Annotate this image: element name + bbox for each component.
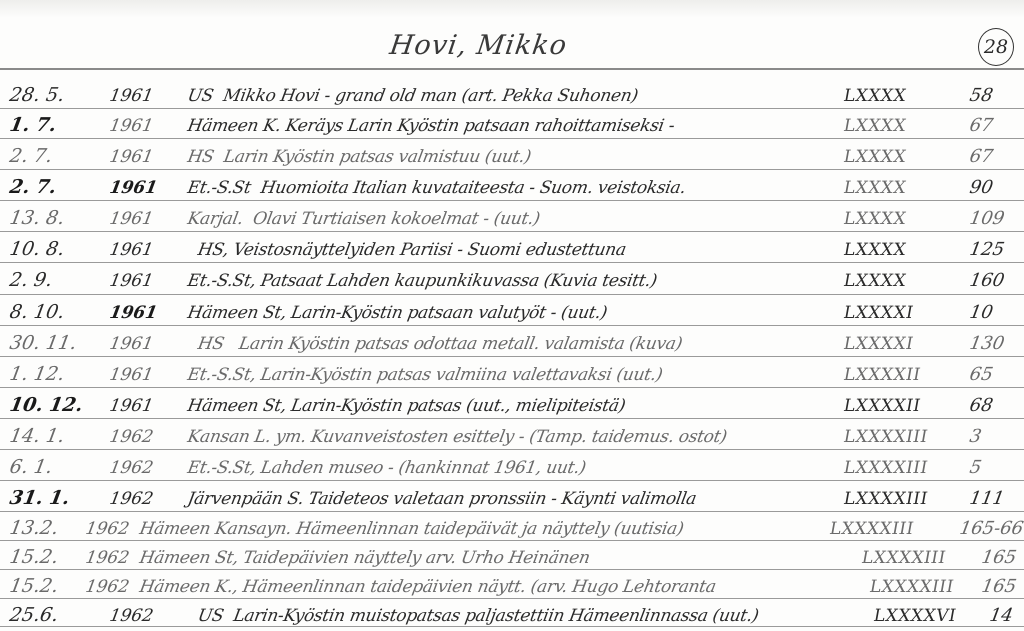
- entry-source: Karjal.: [186, 209, 245, 229]
- entry-description: Larin Kyöstin patsas odottaa metall. val…: [237, 334, 683, 354]
- entry-date: 6. 1.: [8, 456, 54, 478]
- entry-source: Hämeen St,: [186, 303, 288, 323]
- entry-row: 8. 10. 1961 Hämeen St, Larin-Kyöstin pat…: [0, 297, 1024, 325]
- entry-source: Et.-S.St,: [186, 271, 258, 291]
- entry-source: Hämeen K.,: [138, 577, 240, 597]
- entry-source: Kansan L.: [186, 427, 273, 447]
- entry-row: 14. 1. 1962 Kansan L. ym. Kuvanveistoste…: [0, 421, 1024, 449]
- entry-text: Hämeen K. Keräys Larin Kyöstin patsaan r…: [186, 116, 676, 136]
- entry-date: 8. 10.: [8, 301, 66, 323]
- entry-description: Keräys Larin Kyöstin patsaan rahoittamis…: [284, 116, 676, 136]
- entry-row: 31. 1. 1962 Järvenpään S. Taideteos vale…: [0, 483, 1024, 511]
- card-top-edge: [0, 0, 1024, 18]
- entry-year: 1961: [108, 147, 155, 167]
- entry-description: Larin-Kyöstin muistopatsas paljastettiin…: [232, 606, 760, 626]
- ruled-line: [0, 108, 1024, 109]
- entry-page: 10: [968, 302, 995, 323]
- ruled-line: [0, 138, 1024, 139]
- entry-description: Veistosnäyttelyiden Pariisi - Suomi edus…: [232, 240, 628, 260]
- entry-row: 13.2. 1962 Hämeen Kansayn. Hämeenlinnan …: [0, 513, 1024, 541]
- entry-description: Taidepäivien näyttely arv. Urho Heinänen: [242, 548, 592, 568]
- entry-page: 165-66: [958, 518, 1024, 539]
- entry-row: 28. 5. 1961 US Mikko Hovi - grand old ma…: [0, 80, 1024, 108]
- entry-row: 6. 1. 1962 Et.-S.St, Lahden museo - (han…: [0, 452, 1024, 480]
- entry-description: Lahden museo - (hankinnat 1961, uut.): [259, 458, 587, 478]
- entry-description: ym. Kuvanveistosten esittely - (Tamp. ta…: [274, 427, 728, 447]
- entry-page: 65: [968, 364, 995, 385]
- entry-page: 5: [968, 457, 983, 478]
- entry-page: 160: [968, 270, 1006, 291]
- entry-page: 165: [980, 576, 1018, 597]
- entry-row: 25.6. 1962 US Larin-Kyöstin muistopatsas…: [0, 600, 1024, 628]
- entry-description: Hämeenlinnan taidepäivät ja näyttely (uu…: [295, 519, 685, 539]
- entry-volume: LXXXXIII: [842, 489, 929, 509]
- entry-volume: LXXXXIII: [842, 458, 929, 478]
- entry-year: 1962: [108, 489, 155, 509]
- entry-volume: LXXXX: [842, 86, 908, 106]
- entry-date: 13. 8.: [8, 207, 66, 229]
- entry-year: 1961: [108, 86, 155, 106]
- ruled-line: [0, 231, 1024, 232]
- entry-volume: LXXXXVI: [872, 606, 958, 626]
- entry-row: 2. 9. 1961 Et.-S.St, Patsaat Lahden kaup…: [0, 265, 1024, 293]
- entry-row: 1. 7. 1961 Hämeen K. Keräys Larin Kyösti…: [0, 110, 1024, 138]
- ruled-line: [0, 418, 1024, 419]
- entry-page: 67: [968, 115, 995, 136]
- entry-text: Et.-S.St, Larin-Kyöstin patsas valmiina …: [186, 365, 664, 385]
- entry-date: 1. 7.: [8, 114, 58, 136]
- entry-text: Et.-S.St, Patsaat Lahden kaupunkikuvassa…: [186, 271, 659, 291]
- entry-page: 111: [968, 488, 1006, 509]
- entry-row: 10. 12. 1961 Hämeen St, Larin-Kyöstin pa…: [0, 390, 1024, 418]
- entry-page: 68: [968, 395, 995, 416]
- entry-page: 125: [968, 239, 1006, 260]
- entry-year: 1962: [84, 577, 131, 597]
- entry-date: 28. 5.: [8, 84, 66, 106]
- entry-year: 1961: [108, 334, 155, 354]
- entry-text: Et.-S.St, Lahden museo - (hankinnat 1961…: [186, 458, 587, 478]
- entry-volume: LXXXXIII: [828, 519, 915, 539]
- entry-text: Hämeen St, Taidepäivien näyttely arv. Ur…: [138, 548, 591, 568]
- entry-text: Hämeen K., Hämeenlinnan taidepäivien näy…: [138, 577, 717, 597]
- ruled-line: [0, 480, 1024, 481]
- entry-page: 14: [988, 605, 1015, 626]
- entry-date: 14. 1.: [8, 425, 66, 447]
- entry-page: 67: [968, 146, 995, 167]
- entry-source: Hämeen St,: [186, 396, 288, 416]
- entry-source: Hämeen Kansayn.: [138, 519, 293, 539]
- entry-volume: LXXXX: [842, 116, 908, 136]
- entry-date: 2. 9.: [8, 269, 54, 291]
- entry-year: 1961: [108, 271, 155, 291]
- entry-text: HS Larin Kyöstin patsas odottaa metall. …: [186, 334, 684, 354]
- entry-source: US: [186, 86, 215, 106]
- entry-row: 2. 7. 1961 Et.-S.St Huomioita Italian ku…: [0, 172, 1024, 200]
- entry-text: HS, Veistosnäyttelyiden Pariisi - Suomi …: [186, 240, 628, 260]
- entry-source: HS,: [196, 240, 230, 260]
- entry-volume: LXXXX: [842, 178, 908, 198]
- entry-description: Larin-Kyöstin patsas (uut., mielipiteist…: [290, 396, 627, 416]
- entry-date: 15.2.: [8, 546, 60, 568]
- entry-year: 1961: [108, 209, 155, 229]
- entry-source: Järvenpään S.: [186, 489, 305, 509]
- entry-text: US Larin-Kyöstin muistopatsas paljastett…: [186, 606, 760, 626]
- entry-date: 1. 12.: [8, 363, 66, 385]
- entry-date: 10. 8.: [8, 238, 66, 260]
- entry-text: Karjal. Olavi Turtiaisen kokoelmat - (uu…: [186, 209, 541, 229]
- entry-source: Et.-S.St: [186, 178, 252, 198]
- entry-text: Järvenpään S. Taideteos valetaan pronssi…: [186, 489, 698, 509]
- entry-page: 3: [968, 426, 983, 447]
- entry-volume: LXXXXI: [842, 334, 915, 354]
- entry-page: 58: [968, 85, 995, 106]
- entry-text: Hämeen St, Larin-Kyöstin patsas (uut., m…: [186, 396, 627, 416]
- entry-date: 2. 7.: [8, 145, 54, 167]
- entry-year: 1961: [108, 178, 159, 198]
- entry-row: 1. 12. 1961 Et.-S.St, Larin-Kyöstin pats…: [0, 359, 1024, 387]
- entry-page: 109: [968, 208, 1006, 229]
- entry-source: Hämeen K.: [186, 116, 282, 136]
- entry-description: Olavi Turtiaisen kokoelmat - (uut.): [251, 209, 541, 229]
- entry-text: HS Larin Kyöstin patsas valmistuu (uut.): [186, 147, 532, 167]
- ruled-line: [0, 325, 1024, 326]
- entry-description: Larin-Kyöstin patsaan valutyöt - (uut.): [290, 303, 609, 323]
- entry-year: 1961: [108, 365, 155, 385]
- entry-date: 2. 7.: [8, 176, 58, 198]
- entry-page: 165: [980, 547, 1018, 568]
- entry-text: Et.-S.St Huomioita Italian kuvataiteesta…: [186, 178, 687, 198]
- entry-year: 1961: [108, 396, 155, 416]
- index-card: Hovi, Mikko 28 28. 5. 1961 US Mikko Hovi…: [0, 0, 1024, 631]
- entry-year: 1962: [84, 519, 131, 539]
- entry-row: 30. 11. 1961 HS Larin Kyöstin patsas odo…: [0, 328, 1024, 356]
- entry-date: 30. 11.: [8, 332, 78, 354]
- entry-description: Larin Kyöstin patsas valmistuu (uut.): [222, 147, 532, 167]
- entry-row: 10. 8. 1961 HS, Veistosnäyttelyiden Pari…: [0, 234, 1024, 262]
- entry-page: 90: [968, 177, 995, 198]
- ruled-line: [0, 262, 1024, 263]
- entry-date: 15.2.: [8, 575, 60, 597]
- entry-date: 25.6.: [8, 604, 60, 626]
- entry-volume: LXXXXIII: [860, 548, 947, 568]
- entry-description: Taideteos valetaan pronssiin - Käynti va…: [307, 489, 698, 509]
- entry-date: 13.2.: [8, 517, 60, 539]
- entry-text: Hämeen Kansayn. Hämeenlinnan taidepäivät…: [138, 519, 685, 539]
- entry-date: 10. 12.: [8, 394, 85, 416]
- entry-source: Et.-S.St,: [186, 365, 258, 385]
- entry-text: Hämeen St, Larin-Kyöstin patsaan valutyö…: [186, 303, 609, 323]
- entry-volume: LXXXX: [842, 240, 908, 260]
- entry-source: HS: [196, 334, 225, 354]
- entry-year: 1961: [108, 116, 155, 136]
- entry-volume: LXXXXIII: [842, 427, 929, 447]
- entry-row: 15.2. 1962 Hämeen K., Hämeenlinnan taide…: [0, 571, 1024, 599]
- ruled-line: [0, 294, 1024, 295]
- entry-year: 1962: [108, 427, 155, 447]
- entry-source: Et.-S.St,: [186, 458, 258, 478]
- ruled-line: [0, 169, 1024, 170]
- entry-date: 31. 1.: [8, 487, 71, 509]
- entry-description: Patsaat Lahden kaupunkikuvassa (Kuvia te…: [259, 271, 658, 291]
- entry-row: 15.2. 1962 Hämeen St, Taidepäivien näytt…: [0, 542, 1024, 570]
- ruled-line: [0, 449, 1024, 450]
- entry-row: 2. 7. 1961 HS Larin Kyöstin patsas valmi…: [0, 141, 1024, 169]
- entry-year: 1962: [108, 458, 155, 478]
- ruled-line: [0, 200, 1024, 201]
- ruled-line: [0, 356, 1024, 357]
- entry-volume: LXXXX: [842, 271, 908, 291]
- entry-volume: LXXXX: [842, 147, 908, 167]
- entry-row: 13. 8. 1961 Karjal. Olavi Turtiaisen kok…: [0, 203, 1024, 231]
- entry-volume: LXXXX: [842, 209, 908, 229]
- ruled-line: [0, 387, 1024, 388]
- entry-source: HS: [186, 147, 215, 167]
- entry-page: 130: [968, 333, 1006, 354]
- entry-year: 1962: [108, 606, 155, 626]
- entry-volume: LXXXXIII: [868, 577, 955, 597]
- entry-description: Huomioita Italian kuvataiteesta - Suom. …: [259, 178, 687, 198]
- entry-year: 1961: [108, 303, 159, 323]
- card-title: Hovi, Mikko: [388, 30, 569, 61]
- card-number-circle: 28: [978, 28, 1014, 66]
- entry-source: US: [196, 606, 225, 626]
- entry-source: Hämeen St,: [138, 548, 240, 568]
- header-rule: [0, 68, 1024, 70]
- entry-description: Mikko Hovi - grand old man (art. Pekka S…: [222, 86, 640, 106]
- entry-volume: LXXXXI: [842, 303, 915, 323]
- entry-description: Larin-Kyöstin patsas valmiina valettavak…: [259, 365, 664, 385]
- entry-text: US Mikko Hovi - grand old man (art. Pekk…: [186, 86, 639, 106]
- entry-text: Kansan L. ym. Kuvanveistosten esittely -…: [186, 427, 728, 447]
- entry-volume: LXXXXII: [842, 396, 922, 416]
- entry-description: Hämeenlinnan taidepäivien näytt. (arv. H…: [241, 577, 717, 597]
- entry-year: 1962: [84, 548, 131, 568]
- entry-volume: LXXXXII: [842, 365, 922, 385]
- entry-year: 1961: [108, 240, 155, 260]
- ruled-line: [0, 511, 1024, 512]
